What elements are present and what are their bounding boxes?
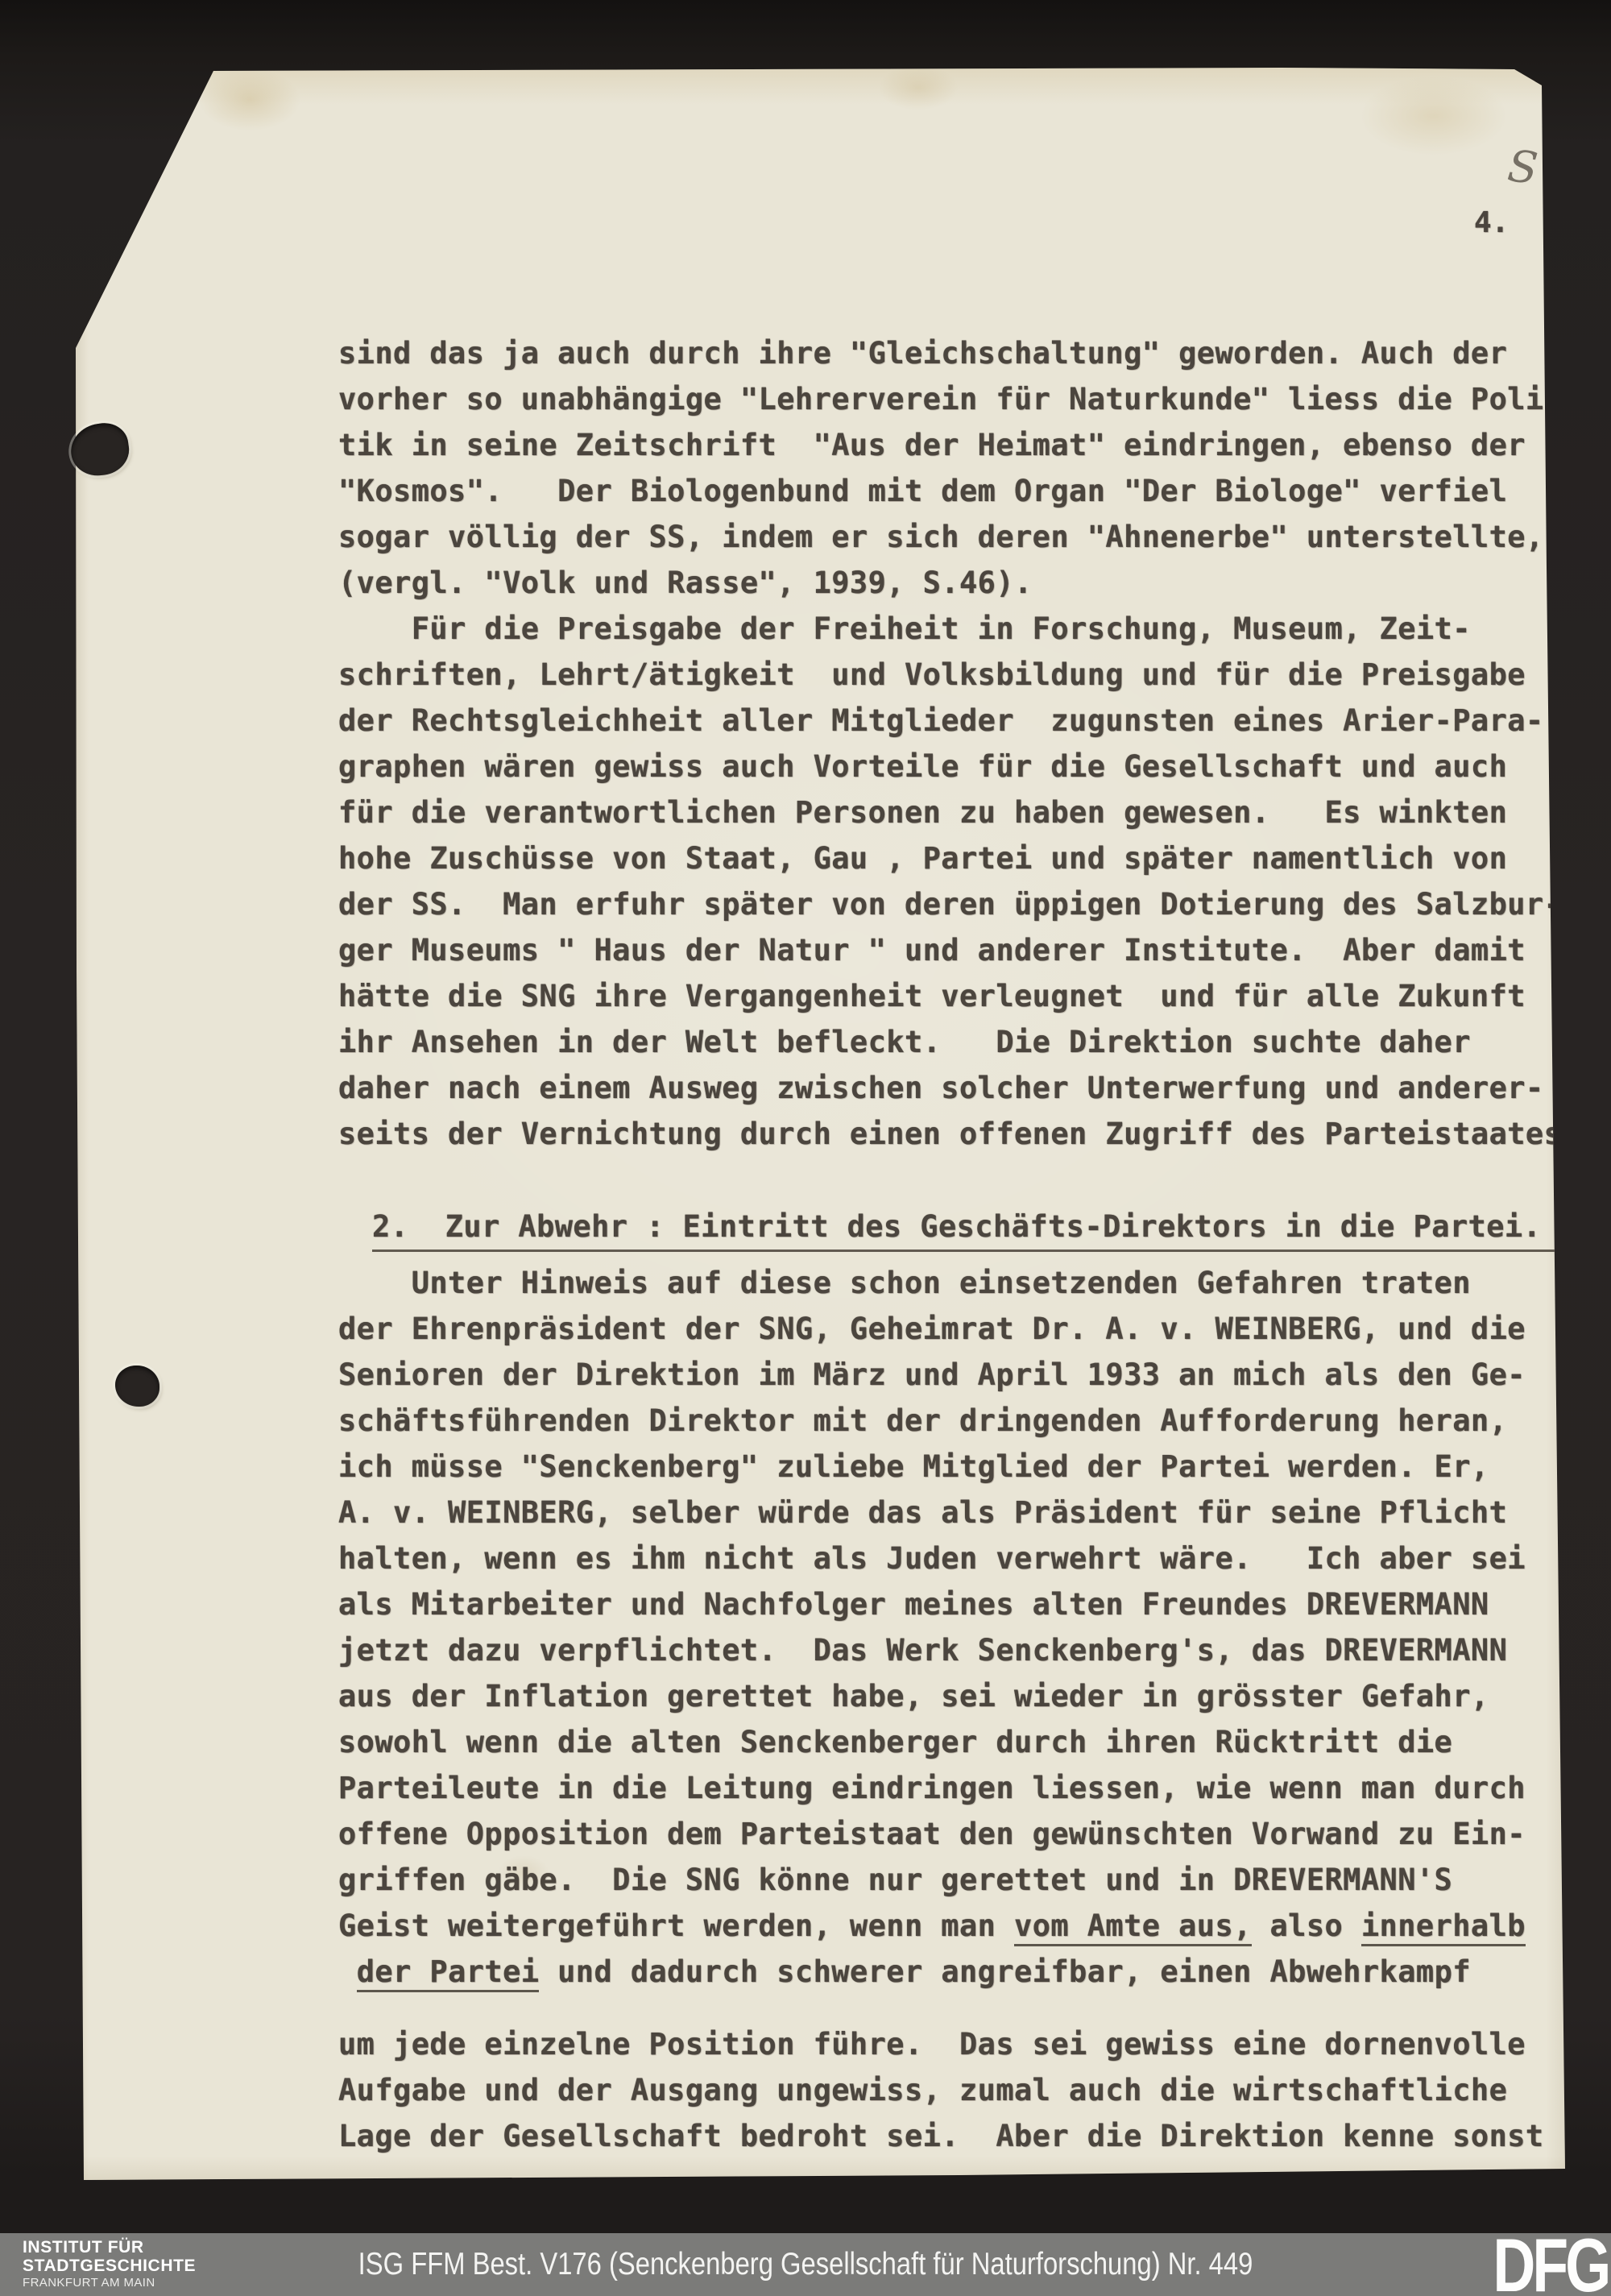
text-line: sind das ja auch durch ihre "Gleichschal… bbox=[338, 330, 1611, 376]
text-line: (vergl. "Volk und Rasse", 1939, S.46). bbox=[338, 560, 1611, 606]
paragraph-abwehrkampf: um jede einzelne Position führe. Das sei… bbox=[338, 2021, 1611, 2159]
text-line: griffen gäbe. Die SNG könne nur gerettet… bbox=[338, 1857, 1611, 1903]
text-line: seits der Vernichtung durch einen offene… bbox=[338, 1111, 1611, 1157]
text-line: Für die Preisgabe der Freiheit in Forsch… bbox=[338, 606, 1611, 652]
text-line: graphen wären gewiss auch Vorteile für d… bbox=[338, 744, 1611, 790]
archive-reference: ISG FFM Best. V176 (Senckenberg Gesellsc… bbox=[129, 2233, 1482, 2296]
text-line: Lage der Gesellschaft bedroht sei. Aber … bbox=[338, 2113, 1611, 2159]
text-line: Aufgabe und der Ausgang ungewiss, zumal … bbox=[338, 2067, 1611, 2113]
text-line: A. v. WEINBERG, selber würde das als Prä… bbox=[338, 1490, 1611, 1536]
text-line: Parteileute in die Leitung eindringen li… bbox=[338, 1765, 1611, 1811]
text-line: hohe Zuschüsse von Staat, Gau , Partei u… bbox=[338, 835, 1611, 881]
text-line: schäftsführenden Direktor mit der dringe… bbox=[338, 1398, 1611, 1444]
text-line: hätte die SNG ihre Vergangenheit verleug… bbox=[338, 973, 1611, 1019]
scan-mount: S 4. sind das ja auch durch ihre "Gleich… bbox=[0, 0, 1611, 2296]
punch-hole-bottom bbox=[115, 1366, 159, 1407]
text-line: Geist weitergeführt werden, wenn man vom… bbox=[338, 1903, 1611, 1949]
paragraph-unter-hinweis: Unter Hinweis auf diese schon einsetzend… bbox=[338, 1260, 1611, 1995]
text-line: schriften, Lehrt/ätigkeit und Volksbildu… bbox=[338, 652, 1611, 698]
text-line: jetzt dazu verpflichtet. Das Werk Sencke… bbox=[338, 1627, 1611, 1673]
text-line: sowohl wenn die alten Senckenberger durc… bbox=[338, 1719, 1611, 1765]
text-line: der Partei und dadurch schwerer angreifb… bbox=[338, 1949, 1611, 1995]
text-line: der Rechtsgleichheit aller Mitglieder zu… bbox=[338, 698, 1611, 744]
dfg-logo: DFG bbox=[1493, 2235, 1608, 2296]
text-line: der Ehrenpräsident der SNG, Geheimrat Dr… bbox=[338, 1306, 1611, 1352]
text-line: der SS. Man erfuhr später von deren üppi… bbox=[338, 881, 1611, 927]
text-line: daher nach einem Ausweg zwischen solcher… bbox=[338, 1065, 1611, 1111]
section-heading: 2. Zur Abwehr : Eintritt des Geschäfts-D… bbox=[372, 1204, 1587, 1252]
document-page: S 4. sind das ja auch durch ihre "Gleich… bbox=[72, 68, 1567, 2180]
text-line: Unter Hinweis auf diese schon einsetzend… bbox=[338, 1260, 1611, 1306]
text-line: um jede einzelne Position führe. Das sei… bbox=[338, 2021, 1611, 2067]
text-line: ich müsse "Senckenberg" zuliebe Mitglied… bbox=[338, 1444, 1611, 1490]
text-line: sogar völlig der SS, indem er sich deren… bbox=[338, 514, 1611, 560]
paragraph-gleichschaltung: sind das ja auch durch ihre "Gleichschal… bbox=[338, 330, 1611, 606]
handwritten-mark: S bbox=[1505, 140, 1540, 194]
text-line: halten, wenn es ihm nicht als Juden verw… bbox=[338, 1536, 1611, 1581]
paragraph-preisgabe: Für die Preisgabe der Freiheit in Forsch… bbox=[338, 606, 1611, 1157]
text-line: aus der Inflation gerettet habe, sei wie… bbox=[338, 1673, 1611, 1719]
text-line: ger Museums " Haus der Natur " und ander… bbox=[338, 927, 1611, 973]
text-line: Senioren der Direktion im März und April… bbox=[338, 1352, 1611, 1398]
text-line: als Mitarbeiter und Nachfolger meines al… bbox=[338, 1581, 1611, 1627]
text-line: ihr Ansehen in der Welt befleckt. Die Di… bbox=[338, 1019, 1611, 1065]
text-line: vorher so unabhängige "Lehrerverein für … bbox=[338, 376, 1611, 422]
text-line: offene Opposition dem Parteistaat den ge… bbox=[338, 1811, 1611, 1857]
page-number: 4. bbox=[1474, 206, 1509, 239]
text-line: tik in seine Zeitschrift "Aus der Heimat… bbox=[338, 422, 1611, 468]
text-line: für die verantwortlichen Personen zu hab… bbox=[338, 790, 1611, 835]
text-line: "Kosmos". Der Biologenbund mit dem Organ… bbox=[338, 468, 1611, 514]
